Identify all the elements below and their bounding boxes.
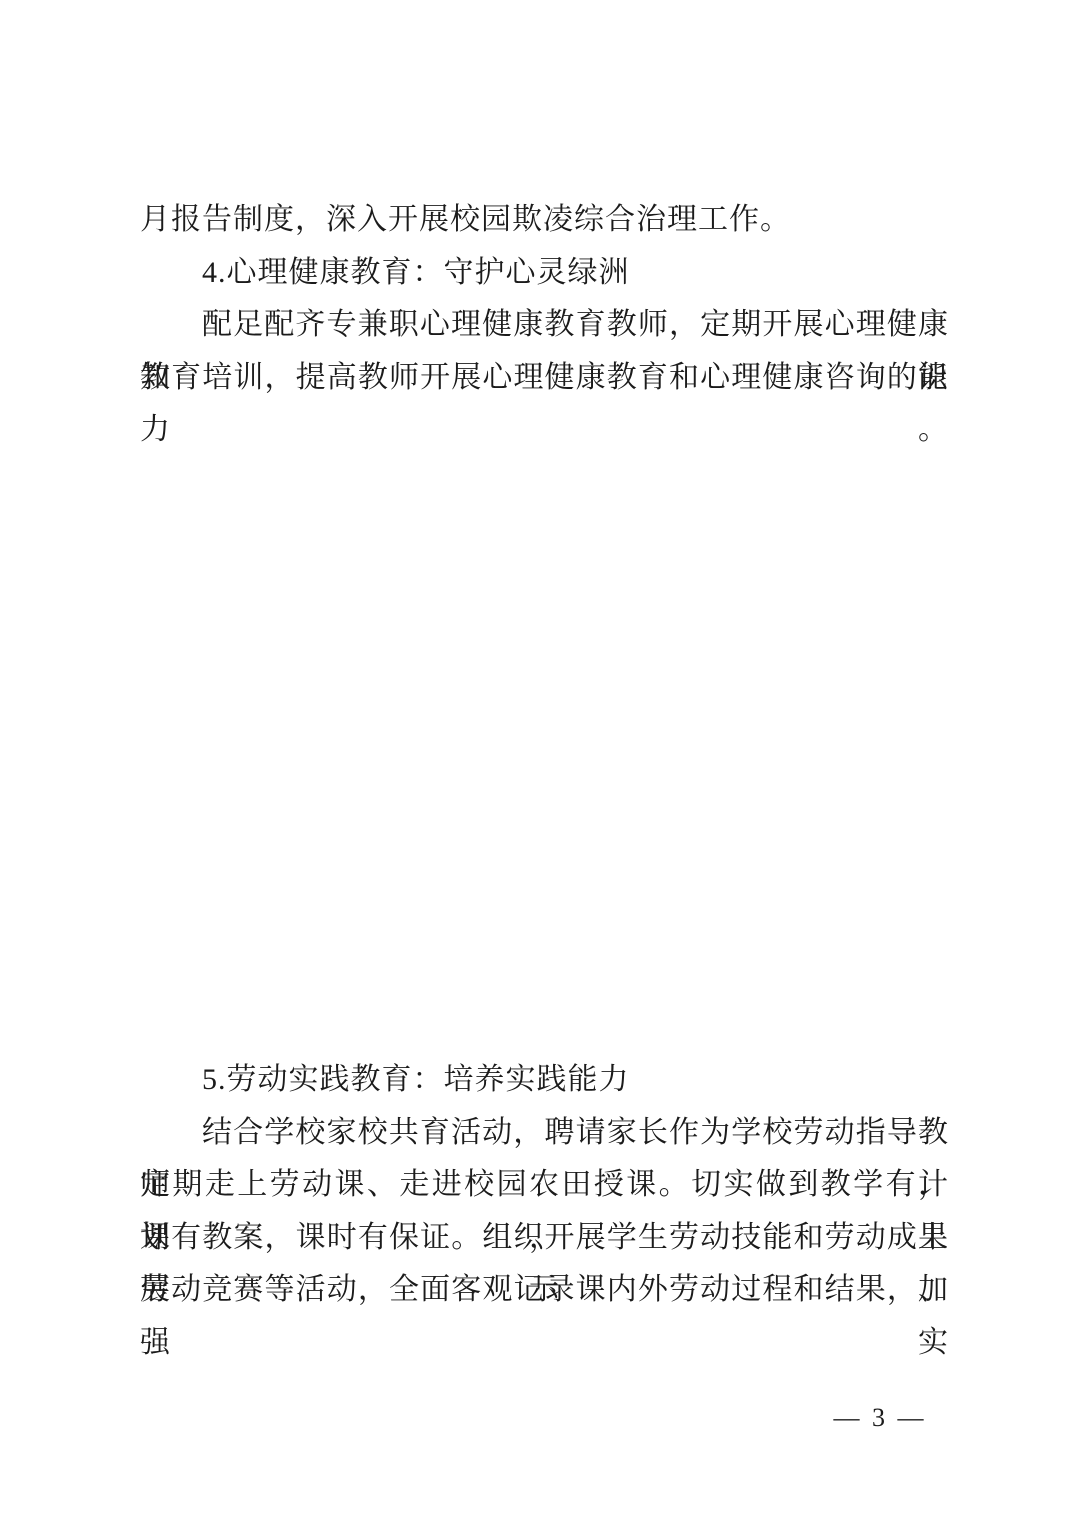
text-block-top: 月报告制度，深入开展校园欺凌综合治理工作。 4.心理健康教育：守护心灵绿洲 配足… (140, 194, 948, 404)
text-block-bottom: 5.劳动实践教育：培养实践能力 结合学校家校共育活动，聘请家长作为学校劳动指导教… (140, 1054, 948, 1317)
section-5-heading: 5.劳动实践教育：培养实践能力 (140, 1054, 948, 1107)
page-number: — 3 — (820, 1402, 940, 1434)
paragraph-line: 教育培训，提高教师开展心理健康教育和心理健康咨询的能力。 (140, 352, 948, 405)
paragraph-line: 劳动竞赛等活动，全面客观记录课内外劳动过程和结果，加强实 (140, 1264, 948, 1317)
paragraph-line: 定期走上劳动课、走进校园农田授课。切实做到教学有计划，上 (140, 1159, 948, 1212)
paragraph-line: 结合学校家校共育活动，聘请家长作为学校劳动指导教师， (140, 1107, 948, 1160)
paragraph-continuation-line: 月报告制度，深入开展校园欺凌综合治理工作。 (140, 194, 948, 247)
paragraph-line: 课有教案，课时有保证。组织开展学生劳动技能和劳动成果展示、 (140, 1212, 948, 1265)
paragraph-line: 配足配齐专兼职心理健康教育教师，定期开展心理健康知识 (140, 299, 948, 352)
section-4-heading: 4.心理健康教育：守护心灵绿洲 (140, 247, 948, 300)
document-page: 月报告制度，深入开展校园欺凌综合治理工作。 4.心理健康教育：守护心灵绿洲 配足… (0, 0, 1080, 1527)
